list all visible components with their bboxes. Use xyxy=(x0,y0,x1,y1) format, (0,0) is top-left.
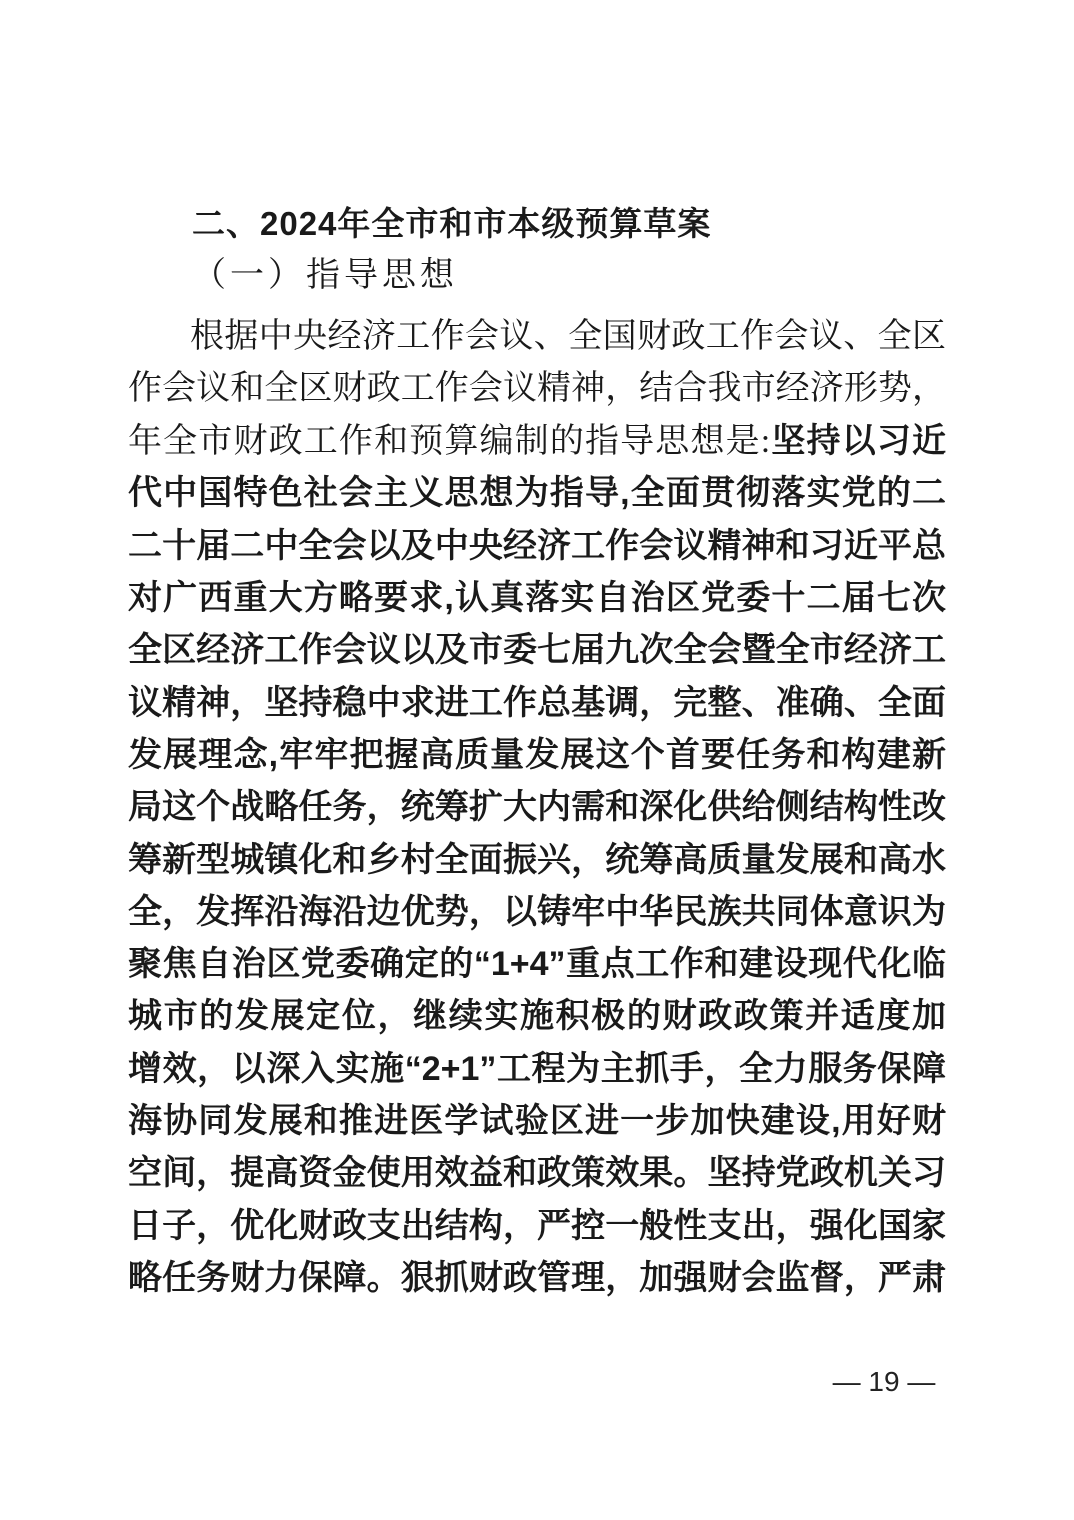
hei-text-segment: 发展理念,牢牢把握高质量发展这个首要任务和构建新发展格 xyxy=(128,736,946,781)
hei-text-segment: 海协同发展和推进医学试验区进一步加快建设,用好财政政策 xyxy=(128,1102,946,1147)
hei-text-segment: 对广西重大方略要求,认真落实自治区党委十二届七次全会和 xyxy=(128,579,946,624)
hei-text-segment: 二十届二中全会以及中央经济工作会议精神和习近平总书记 xyxy=(128,527,946,572)
hei-text-segment: 增效，以深入实施“2+1”工程为主抓手，全力服务保障沿边沿 xyxy=(128,1050,946,1095)
hei-text-segment: 日子，优化财政支出结构，严控一般性支出，强化国家重大战 xyxy=(128,1207,946,1252)
hei-text-segment: 全，发挥沿海沿边优势，以铸牢中华民族共同体意识为主线， xyxy=(128,893,946,938)
paragraph-line: 局这个战略任务，统筹扩大内需和深化供给侧结构性改革，统 xyxy=(128,781,946,833)
hei-text-segment: 全区经济工作会议以及市委七届九次全会暨全市经济工作会 xyxy=(128,631,946,676)
paragraph-line: 议精神，坚持稳中求进工作总基调，完整、准确、全面贯彻新 xyxy=(128,677,946,729)
paragraph-line: 作会议和全区财政工作会议精神，结合我市经济形势，2024 xyxy=(128,363,946,415)
paragraph-line: 海协同发展和推进医学试验区进一步加快建设,用好财政政策 xyxy=(128,1095,946,1147)
paragraph-line: 聚焦自治区党委确定的“1+4”重点工作和建设现代化临港工业 xyxy=(128,938,946,990)
paragraph-line: 全区经济工作会议以及市委七届九次全会暨全市经济工作会 xyxy=(128,624,946,676)
hei-text-segment: 略任务财力保障。狠抓财政管理，加强财会监督，严肃财经纪 xyxy=(128,1259,946,1304)
paragraph-line: 筹新型城镇化和乡村全面振兴，统筹高质量发展和高水平安 xyxy=(128,834,946,886)
hei-text-segment: 城市的发展定位，继续实施积极的财政政策并适度加力、提质 xyxy=(128,997,946,1042)
body-paragraph: 根据中央经济工作会议、全国财政工作会议、全区经济工 作会议和全区财政工作会议精神… xyxy=(128,311,946,1305)
paragraph-line: 代中国特色社会主义思想为指导,全面贯彻落实党的二十大和 xyxy=(128,467,946,519)
page-number: — 19 — xyxy=(814,1362,954,1402)
paragraph-line: 空间，提高资金使用效益和政策效果。坚持党政机关习惯过紧 xyxy=(128,1147,946,1199)
hei-text-segment: 代中国特色社会主义思想为指导,全面贯彻落实党的二十大和 xyxy=(128,474,946,519)
paragraph-line: 日子，优化财政支出结构，严控一般性支出，强化国家重大战 xyxy=(128,1200,946,1252)
document-page: 二、2024年全市和市本级预算草案 （一）指导思想 根据中央经济工作会议、全国财… xyxy=(0,0,1074,1520)
paragraph-line: 增效，以深入实施“2+1”工程为主抓手，全力服务保障沿边沿 xyxy=(128,1043,946,1095)
text-block: 二、2024年全市和市本级预算草案 （一）指导思想 根据中央经济工作会议、全国财… xyxy=(128,198,946,1304)
subsection-heading: （一）指导思想 xyxy=(128,250,946,302)
hei-text-segment: 筹新型城镇化和乡村全面振兴，统筹高质量发展和高水平安 xyxy=(128,841,946,886)
paragraph-line: 根据中央经济工作会议、全国财政工作会议、全区经济工 xyxy=(128,311,946,363)
kai-text-segment: 作会议和全区财政工作会议精神，结合我市经济形势，2024 xyxy=(128,370,946,415)
paragraph-line: 二十届二中全会以及中央经济工作会议精神和习近平总书记 xyxy=(128,520,946,572)
hei-text-segment: 局这个战略任务，统筹扩大内需和深化供给侧结构性改革，统 xyxy=(128,788,946,833)
paragraph-line: 年全市财政工作和预算编制的指导思想是:坚持以习近平新时 xyxy=(128,415,946,467)
paragraph-line: 全，发挥沿海沿边优势，以铸牢中华民族共同体意识为主线， xyxy=(128,886,946,938)
kai-text-segment: 根据中央经济工作会议、全国财政工作会议、全区经济工 xyxy=(128,318,946,363)
hei-text-segment: 议精神，坚持稳中求进工作总基调，完整、准确、全面贯彻新 xyxy=(128,684,946,729)
paragraph-line: 对广西重大方略要求,认真落实自治区党委十二届七次全会和 xyxy=(128,572,946,624)
paragraph-line: 发展理念,牢牢把握高质量发展这个首要任务和构建新发展格 xyxy=(128,729,946,781)
section-heading: 二、2024年全市和市本级预算草案 xyxy=(128,198,946,250)
hei-text-segment: 聚焦自治区党委确定的“1+4”重点工作和建设现代化临港工业 xyxy=(128,945,946,990)
kai-text-segment: 年全市财政工作和预算编制的指导思想是: xyxy=(128,423,770,460)
paragraph-line: 略任务财力保障。狠抓财政管理，加强财会监督，严肃财经纪 xyxy=(128,1252,946,1304)
hei-text-segment: 空间，提高资金使用效益和政策效果。坚持党政机关习惯过紧 xyxy=(128,1154,946,1199)
paragraph-line: 城市的发展定位，继续实施积极的财政政策并适度加力、提质 xyxy=(128,990,946,1042)
